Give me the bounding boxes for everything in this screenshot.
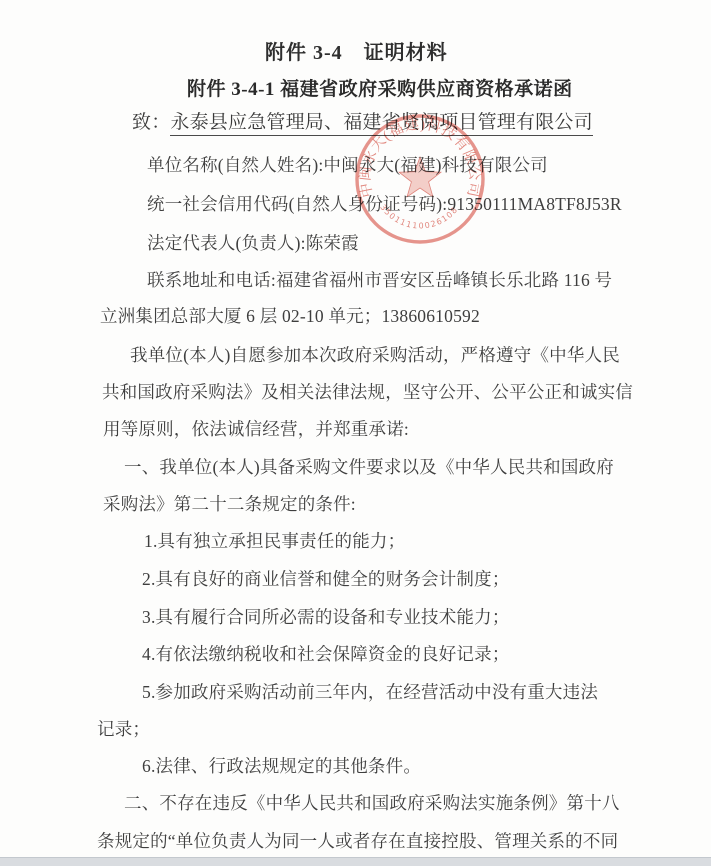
- body-line: 共和国政府采购法》及相关法律法规，坚守公开、公平公正和诚实信: [102, 381, 633, 403]
- condition-item-5: 5.参加政府采购活动前三年内，在经营活动中没有重大违法: [142, 681, 598, 703]
- contact-address-line-2: 立洲集团总部大厦 6 层 02-10 单元；13860610592: [100, 305, 480, 327]
- contact-address-line: 联系地址和电话:福建省福州市晋安区岳峰镇长乐北路 116 号: [147, 269, 612, 291]
- condition-item-1: 1.具有独立承担民事责任的能力；: [144, 530, 405, 552]
- condition-item-2: 2.具有良好的商业信誉和健全的财务会计制度；: [142, 568, 510, 590]
- addressee-recipients: 永泰县应急管理局、福建省贤阅项目管理有限公司: [170, 112, 592, 136]
- legal-representative-line: 法定代表人(负责人):陈荣霞: [147, 232, 359, 254]
- letter-title: 附件 3-4-1 福建省政府采购供应商资格承诺函: [187, 79, 573, 101]
- company-name-line: 单位名称(自然人姓名):中闽永大(福建)科技有限公司: [147, 154, 548, 176]
- addressee-label: 致：: [132, 112, 170, 133]
- document-page: 附件 3-4 证明材料 附件 3-4-1 福建省政府采购供应商资格承诺函 致：永…: [0, 0, 711, 866]
- condition-item-3: 3.具有履行合同所必需的设备和专业技术能力；: [142, 606, 510, 628]
- attachment-title: 附件 3-4 证明材料: [265, 42, 448, 64]
- condition-item-6: 6.法律、行政法规规定的其他条件。: [142, 755, 421, 777]
- condition-item-5-cont: 记录；: [97, 718, 150, 740]
- clause-1-line-2: 采购法》第二十二条规定的条件:: [103, 493, 356, 515]
- addressee-line: 致：永泰县应急管理局、福建省贤阅项目管理有限公司: [132, 112, 593, 134]
- scan-page-edge: [0, 857, 711, 866]
- credit-code-line: 统一社会信用代码(自然人身份证号码):91350111MA8TF8J53R: [147, 193, 622, 215]
- clause-2-line: 二、不存在违反《中华人民共和国政府采购法实施条例》第十八: [124, 792, 620, 814]
- body-line: 用等原则，依法诚信经营，并郑重承诺:: [103, 418, 409, 440]
- clause-2-line-2: 条规定的“单位负责人为同一人或者存在直接控股、管理关系的不同: [97, 830, 618, 852]
- body-line: 我单位(本人)自愿参加本次政府采购活动，严格遵守《中华人民: [130, 344, 620, 366]
- condition-item-4: 4.有依法缴纳税收和社会保障资金的良好记录；: [142, 643, 510, 665]
- clause-1-line: 一、我单位(本人)具备采购文件要求以及《中华人民共和国政府: [124, 456, 614, 478]
